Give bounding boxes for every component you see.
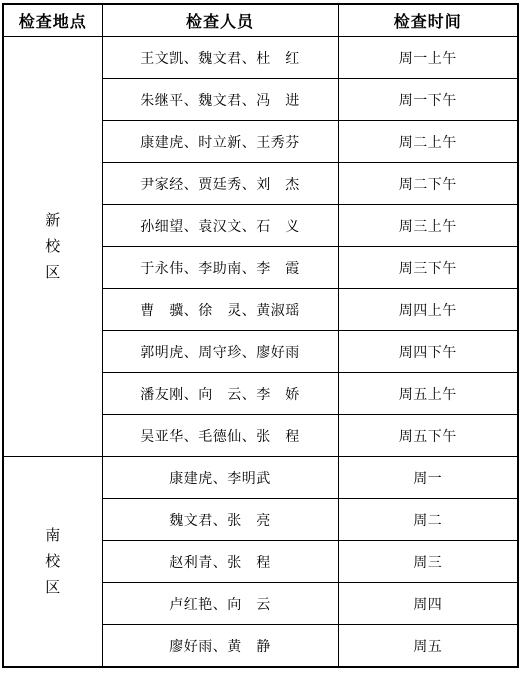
time-cell: 周一下午 bbox=[338, 79, 518, 121]
header-row: 检查地点 检查人员 检查时间 bbox=[3, 4, 518, 37]
personnel-cell: 郭明虎、周守珍、廖好雨 bbox=[102, 331, 338, 373]
personnel-cell: 吴亚华、毛德仙、张 程 bbox=[102, 415, 338, 457]
personnel-cell: 魏文君、张 亮 bbox=[102, 499, 338, 541]
time-cell: 周四上午 bbox=[338, 289, 518, 331]
time-cell: 周三 bbox=[338, 541, 518, 583]
location-label: 新校区 bbox=[45, 208, 60, 286]
document-page: 检查地点 检查人员 检查时间 新校区 王文凯、魏文君、杜 红 周一上午 朱继平、… bbox=[0, 0, 526, 684]
personnel-cell: 康建虎、李明武 bbox=[102, 457, 338, 499]
time-cell: 周一 bbox=[338, 457, 518, 499]
personnel-cell: 王文凯、魏文君、杜 红 bbox=[102, 37, 338, 79]
personnel-cell: 于永伟、李助南、李 霞 bbox=[102, 247, 338, 289]
personnel-cell: 卢红艳、向 云 bbox=[102, 583, 338, 625]
column-header-location: 检查地点 bbox=[3, 4, 102, 37]
time-cell: 周二 bbox=[338, 499, 518, 541]
location-cell-south-campus: 南校区 bbox=[3, 457, 102, 668]
time-cell: 周三上午 bbox=[338, 205, 518, 247]
time-cell: 周五 bbox=[338, 625, 518, 668]
personnel-cell: 曹 骥、徐 灵、黄淑瑶 bbox=[102, 289, 338, 331]
time-cell: 周三下午 bbox=[338, 247, 518, 289]
inspection-schedule-table: 检查地点 检查人员 检查时间 新校区 王文凯、魏文君、杜 红 周一上午 朱继平、… bbox=[2, 3, 519, 668]
column-header-time: 检查时间 bbox=[338, 4, 518, 37]
location-cell-new-campus: 新校区 bbox=[3, 37, 102, 457]
time-cell: 周二下午 bbox=[338, 163, 518, 205]
column-header-personnel: 检查人员 bbox=[102, 4, 338, 37]
table-row: 新校区 王文凯、魏文君、杜 红 周一上午 bbox=[3, 37, 518, 79]
time-cell: 周五上午 bbox=[338, 373, 518, 415]
time-cell: 周一上午 bbox=[338, 37, 518, 79]
personnel-cell: 朱继平、魏文君、冯 进 bbox=[102, 79, 338, 121]
personnel-cell: 赵利青、张 程 bbox=[102, 541, 338, 583]
personnel-cell: 廖好雨、黄 静 bbox=[102, 625, 338, 668]
time-cell: 周五下午 bbox=[338, 415, 518, 457]
personnel-cell: 孙细望、袁汉文、石 义 bbox=[102, 205, 338, 247]
time-cell: 周四 bbox=[338, 583, 518, 625]
time-cell: 周二上午 bbox=[338, 121, 518, 163]
personnel-cell: 康建虎、时立新、王秀芬 bbox=[102, 121, 338, 163]
personnel-cell: 潘友刚、向 云、李 娇 bbox=[102, 373, 338, 415]
location-label: 南校区 bbox=[45, 523, 60, 601]
personnel-cell: 尹家经、贾廷秀、刘 杰 bbox=[102, 163, 338, 205]
table-row: 南校区 康建虎、李明武 周一 bbox=[3, 457, 518, 499]
time-cell: 周四下午 bbox=[338, 331, 518, 373]
